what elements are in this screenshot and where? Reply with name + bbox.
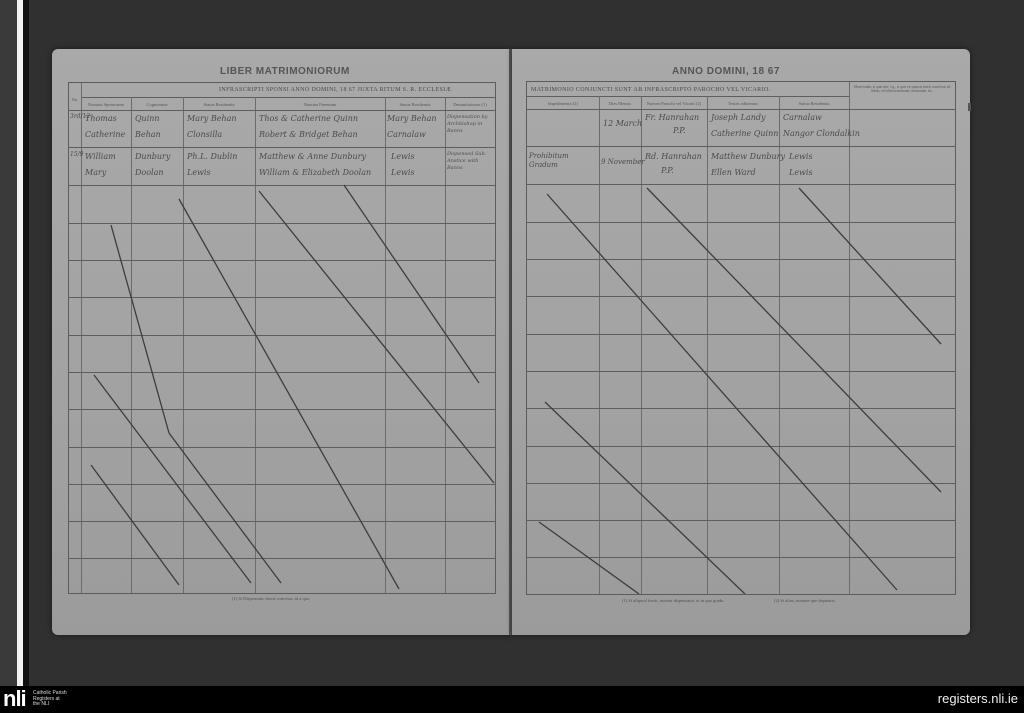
entry-2-bride-surname: Doolan: [135, 168, 164, 177]
logo-subtitle-line-3: the NLI: [33, 702, 67, 708]
nli-logo-subtitle: Catholic Parish Registers at the NLI: [33, 691, 67, 708]
entry-1-priest-name: Fr. Hanrahan: [645, 113, 699, 122]
entry-2-witness-residence-2: Lewis: [789, 168, 813, 177]
image-viewer[interactable]: LIBER MATRIMONIORUM INFRASCRIPTI SPONSI …: [0, 0, 1024, 686]
entry-2-groom-name: William: [85, 152, 116, 161]
entry-1-priest-title: P.P.: [673, 126, 686, 135]
col-header-no: No.: [69, 97, 81, 102]
footer-bar: nli Catholic Parish Registers at the NLI…: [0, 686, 1024, 713]
nli-logo[interactable]: nli: [3, 688, 26, 710]
entry-1-parents-residence-1: Mary Behan: [387, 114, 437, 123]
entry-2-witness-2: Ellen Ward: [711, 168, 756, 177]
entry-2-groom-parents: Matthew & Anne Dunbury: [259, 152, 366, 161]
right-page-title: ANNO DOMINI, 18 67: [672, 66, 780, 77]
register-spread: LIBER MATRIMONIORUM INFRASCRIPTI SPONSI …: [52, 49, 976, 637]
site-link[interactable]: registers.nli.ie: [938, 691, 1018, 706]
entry-2-number: 15/9: [70, 151, 83, 158]
entry-1-witness-residence-2: Nangor Clondalkin: [783, 129, 860, 138]
entry-1-bride-surname: Behan: [135, 130, 161, 139]
right-footnote-1: (1) Si aliquod fuerit, notetur dispensat…: [622, 598, 724, 603]
page-tab-marker: [968, 103, 971, 111]
col-header-day-month: Dies Mensis: [599, 101, 641, 106]
col-header-impediments: Impedimenta (1): [527, 101, 599, 106]
entry-2-parents-residence-2: Lewis: [391, 168, 415, 177]
entry-2-parents-residence-1: Lewis: [391, 152, 415, 161]
left-band-header: INFRASCRIPTI SPONSI ANNO DOMINI, 18 67 J…: [219, 87, 451, 93]
viewer-edge-shadow: [23, 0, 29, 686]
col-header-priest: Nomen Parochi vel Vicarii (2): [641, 101, 707, 106]
entry-1-parents-residence-2: Carnalaw: [387, 130, 426, 139]
entry-1-banns: Dispensation by Archbishop in Banns: [447, 114, 493, 135]
observations-header: Observanda, si quæ sint: v.g., si quis e…: [851, 85, 953, 94]
left-page-title: LIBER MATRIMONIORUM: [220, 66, 350, 77]
col-header-residence: Status Residentia: [183, 102, 255, 107]
left-page: LIBER MATRIMONIORUM INFRASCRIPTI SPONSI …: [52, 49, 510, 635]
col-header-witnesses: Testes adfuerunt: [707, 101, 779, 106]
entry-2-banns: Dispensed Sub. Anstice with Banns: [447, 151, 493, 172]
col-header-parents-residence: Status Residentia: [385, 102, 445, 107]
entry-1-witness-residence-1: Carnalaw: [783, 113, 822, 122]
entry-2-witness-1: Matthew Dunbury: [711, 152, 785, 161]
entry-1-witness-2: Catherine Quinn: [711, 129, 778, 138]
right-footnote-2: (2) Si alius, nomine que deputatis.: [774, 598, 836, 603]
col-header-parents: Nomina Parentum: [255, 102, 385, 107]
entry-1-groom-parents: Thos & Catherine Quinn: [259, 114, 358, 123]
col-header-surnames: Cognomina: [131, 102, 183, 107]
entry-1-groom-surname: Quinn: [135, 114, 160, 123]
col-header-names: Nomina Sponsorum: [81, 102, 131, 107]
entry-2-bride-parents: William & Elizabeth Doolan: [259, 168, 371, 177]
viewer-edge: [0, 0, 17, 686]
right-page: ANNO DOMINI, 18 67 MATRIMONIO CONJUNCTI …: [512, 49, 970, 635]
left-register-table: INFRASCRIPTI SPONSI ANNO DOMINI, 18 67 J…: [68, 82, 496, 594]
entry-2-groom-residence: Ph.L. Dublin: [187, 152, 237, 161]
entry-2-groom-surname: Dunbury: [135, 152, 170, 161]
entry-2-priest-name: Rd. Hanrahan: [645, 152, 702, 161]
left-footnote: (1) Si Dispensatio fuerit concessa, id a…: [232, 596, 310, 601]
entry-1-day-month: 12 March: [603, 119, 642, 128]
entry-1-groom-name: Thomas: [85, 114, 117, 123]
entry-2-witness-residence-1: Lewis: [789, 152, 813, 161]
col-header-witness-residence: Status Residentia: [779, 101, 849, 106]
entry-1-bride-residence: Clonsilla: [187, 130, 222, 139]
entry-1-bride-parents: Robert & Bridget Behan: [259, 130, 358, 139]
right-register-table: MATRIMONIO CONJUNCTI SUNT AB INFRASCRIPT…: [526, 81, 956, 595]
entry-1-groom-residence: Mary Behan: [187, 114, 237, 123]
entry-2-bride-name: Mary: [85, 168, 106, 177]
right-band-header: MATRIMONIO CONJUNCTI SUNT AB INFRASCRIPT…: [531, 87, 771, 93]
entry-2-impediments: Prohibitum Gradum: [529, 152, 597, 170]
entry-2-priest-title: P.P.: [661, 166, 674, 175]
entry-1-witness-1: Joseph Landy: [711, 113, 766, 122]
entry-2-day-month: 9 November: [601, 158, 645, 166]
col-header-banns: Denuntiationes (1): [445, 102, 495, 107]
entry-1-bride-name: Catherine: [85, 130, 125, 139]
entry-2-bride-residence: Lewis: [187, 168, 211, 177]
